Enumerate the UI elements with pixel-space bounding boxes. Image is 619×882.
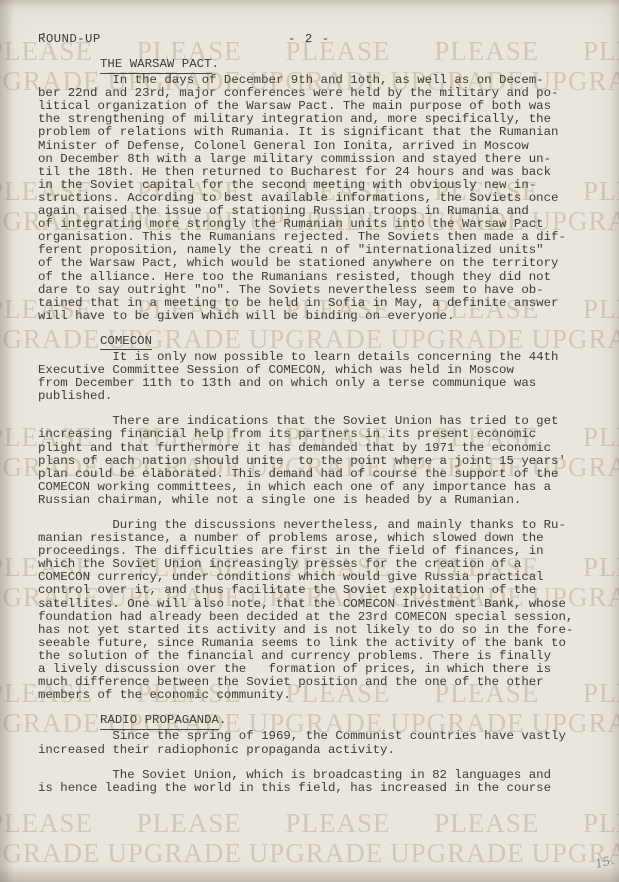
- watermark-word: PLEASE: [285, 808, 390, 839]
- section-title-text: RADIO PROPAGANDA: [100, 713, 219, 730]
- watermark-row: UPGRADEUPGRADEUPGRADEUPGRADEUPGRADE: [0, 838, 619, 869]
- paragraph: The Soviet Union, which is broadcasting …: [38, 769, 594, 795]
- watermark-word: PLEASE: [0, 808, 93, 839]
- section-title-text: THE WARSAW PACT: [100, 57, 212, 74]
- watermark-row: PLEASEPLEASEPLEASEPLEASEPLEASE: [0, 808, 619, 839]
- watermark-word: UPGRADE: [249, 838, 384, 869]
- section-title: COMECON: [100, 335, 594, 348]
- section-warsaw-pact: THE WARSAW PACT. In the days of December…: [38, 58, 594, 323]
- section-title-text: COMECON: [100, 334, 152, 351]
- section-title-period: .: [219, 713, 226, 727]
- scan-speck: [42, 33, 45, 35]
- paragraph: Since the spring of 1969, the Communist …: [38, 730, 594, 756]
- watermark-word: UPGRADE: [390, 838, 525, 869]
- watermark-word: PLEASE: [137, 808, 242, 839]
- page-number: - 2 -: [288, 32, 330, 46]
- paragraph: In the days of December 9th and 1oth, as…: [38, 74, 594, 323]
- paragraph: There are indications that the Soviet Un…: [38, 415, 594, 507]
- page-header: ROUND-UP - 2 -: [38, 32, 594, 46]
- watermark-word: PLEASE: [583, 808, 619, 839]
- section-radio-propaganda: RADIO PROPAGANDA. Since the spring of 19…: [38, 714, 594, 794]
- watermark-word: UPGRADE: [107, 838, 242, 869]
- section-comecon: COMECON It is only now possible to learn…: [38, 335, 594, 702]
- paragraph: It is only now possible to learn details…: [38, 351, 594, 403]
- watermark-word: UPGRADE: [0, 838, 101, 869]
- paragraph: During the discussions nevertheless, and…: [38, 519, 594, 702]
- watermark-word: PLEASE: [434, 808, 539, 839]
- section-title-period: .: [212, 57, 219, 71]
- typed-content: ROUND-UP - 2 - THE WARSAW PACT. In the d…: [38, 32, 594, 807]
- document-title: ROUND-UP: [38, 32, 101, 46]
- section-title: THE WARSAW PACT.: [100, 58, 594, 71]
- scanned-document-page: PLEASEPLEASEPLEASEPLEASEPLEASEUPGRADEUPG…: [0, 0, 619, 882]
- section-title: RADIO PROPAGANDA.: [100, 714, 594, 727]
